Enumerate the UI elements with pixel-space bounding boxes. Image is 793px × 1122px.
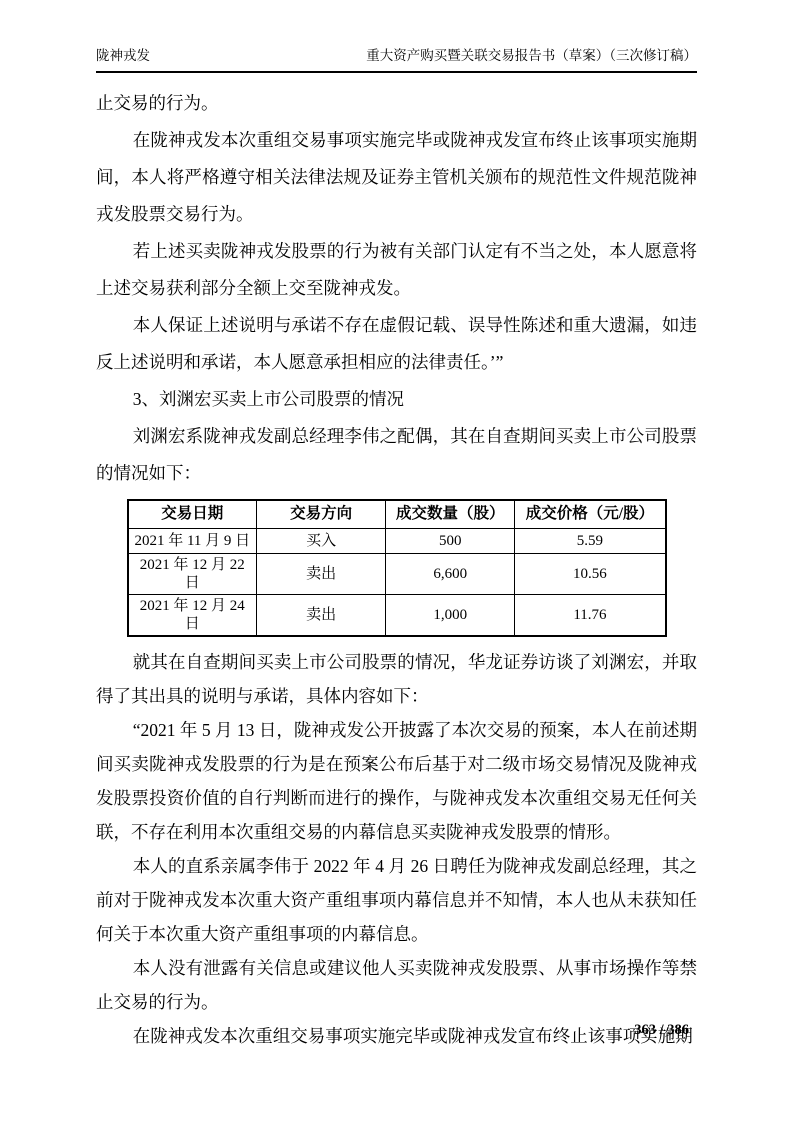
paragraph: 就其在自查期间买卖上市公司股票的情况，华龙证券访谈了刘渊宏，并取得了其出具的说明… bbox=[96, 645, 697, 713]
table-row: 2021 年 12 月 24 日 卖出 1,000 11.76 bbox=[128, 594, 666, 636]
table-header-row: 交易日期 交易方向 成交数量（股） 成交价格（元/股） bbox=[128, 500, 666, 528]
column-header-price: 成交价格（元/股） bbox=[515, 500, 666, 528]
table-row: 2021 年 11 月 9 日 买入 500 5.59 bbox=[128, 528, 666, 553]
body-text-lower: 就其在自查期间买卖上市公司股票的情况，华龙证券访谈了刘渊宏，并取得了其出具的说明… bbox=[96, 645, 697, 1053]
cell-trade-date: 2021 年 11 月 9 日 bbox=[128, 528, 257, 553]
column-header-trade-direction: 交易方向 bbox=[257, 500, 386, 528]
paragraph: 本人没有泄露有关信息或建议他人买卖陇神戎发股票、从事市场操作等禁止交易的行为。 bbox=[96, 951, 697, 1019]
cell-trade-date: 2021 年 12 月 24 日 bbox=[128, 594, 257, 636]
page-header: 陇神戎发 重大资产购买暨关联交易报告书（草案）（三次修订稿） bbox=[96, 46, 697, 73]
cell-trade-date: 2021 年 12 月 22 日 bbox=[128, 553, 257, 594]
cell-price: 11.76 bbox=[515, 594, 666, 636]
cell-price: 5.59 bbox=[515, 528, 666, 553]
column-header-volume: 成交数量（股） bbox=[386, 500, 515, 528]
header-company-name: 陇神戎发 bbox=[96, 46, 150, 65]
paragraph-continuation: 止交易的行为。 bbox=[96, 85, 697, 122]
header-report-title: 重大资产购买暨关联交易报告书（草案）（三次修订稿） bbox=[366, 46, 697, 65]
paragraph: 本人的直系亲属李伟于 2022 年 4 月 26 日聘任为陇神戎发副总经理，其之… bbox=[96, 849, 697, 951]
cell-trade-direction: 卖出 bbox=[257, 553, 386, 594]
body-text-upper: 止交易的行为。 在陇神戎发本次重组交易事项实施完毕或陇神戎发宣布终止该事项实施期… bbox=[96, 85, 697, 492]
cell-volume: 500 bbox=[386, 528, 515, 553]
paragraph: 刘渊宏系陇神戎发副总经理李伟之配偶，其在自查期间买卖上市公司股票的情况如下： bbox=[96, 418, 697, 492]
stock-trade-table: 交易日期 交易方向 成交数量（股） 成交价格（元/股） 2021 年 11 月 … bbox=[127, 499, 667, 637]
cell-price: 10.56 bbox=[515, 553, 666, 594]
paragraph: 本人保证上述说明与承诺不存在虚假记载、误导性陈述和重大遗漏，如违反上述说明和承诺… bbox=[96, 307, 697, 381]
column-header-trade-date: 交易日期 bbox=[128, 500, 257, 528]
paragraph: “2021 年 5 月 13 日，陇神戎发公开披露了本次交易的预案，本人在前述期… bbox=[96, 713, 697, 849]
cell-trade-direction: 买入 bbox=[257, 528, 386, 553]
cell-volume: 1,000 bbox=[386, 594, 515, 636]
table-row: 2021 年 12 月 22 日 卖出 6,600 10.56 bbox=[128, 553, 666, 594]
cell-volume: 6,600 bbox=[386, 553, 515, 594]
paragraph: 若上述买卖陇神戎发股票的行为被有关部门认定有不当之处，本人愿意将上述交易获利部分… bbox=[96, 233, 697, 307]
page-number: 363 / 386 bbox=[634, 1022, 689, 1039]
section-heading: 3、刘渊宏买卖上市公司股票的情况 bbox=[96, 381, 697, 418]
cell-trade-direction: 卖出 bbox=[257, 594, 386, 636]
paragraph: 在陇神戎发本次重组交易事项实施完毕或陇神戎发宣布终止该事项实施期间，本人将严格遵… bbox=[96, 122, 697, 233]
paragraph: 在陇神戎发本次重组交易事项实施完毕或陇神戎发宣布终止该事项实施期 bbox=[96, 1019, 697, 1053]
document-page: 陇神戎发 重大资产购买暨关联交易报告书（草案）（三次修订稿） 止交易的行为。 在… bbox=[0, 0, 793, 1122]
